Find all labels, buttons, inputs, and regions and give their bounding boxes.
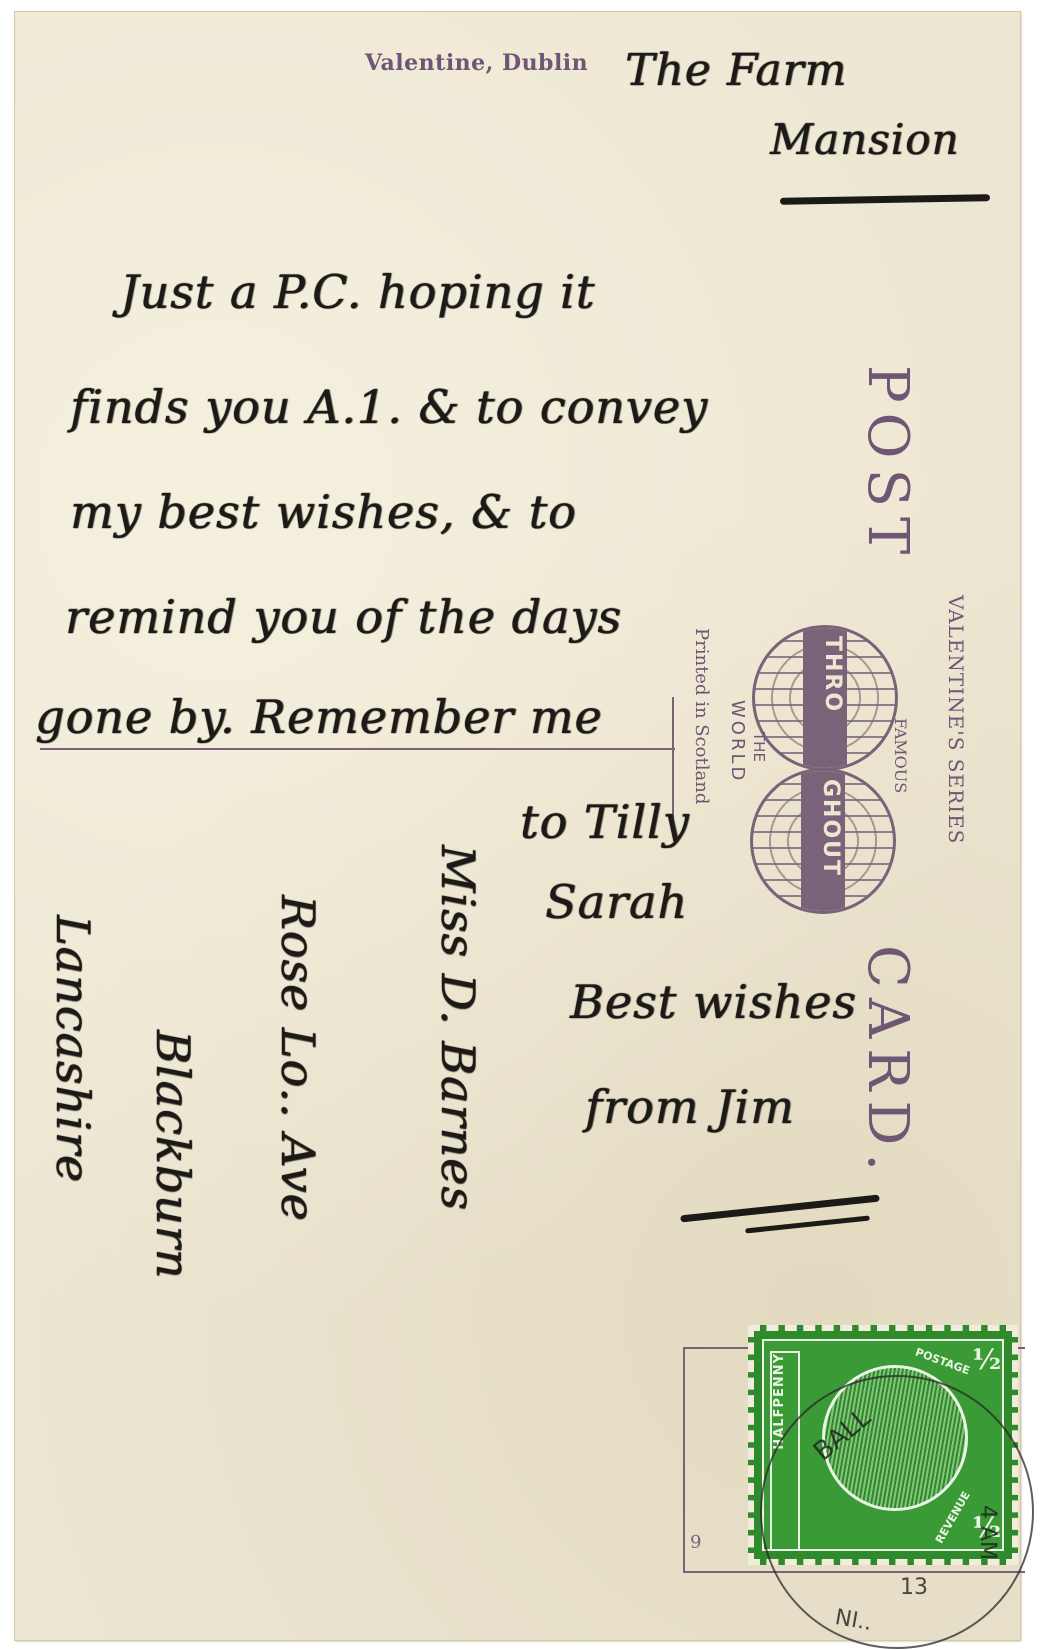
message-line-6: to Tilly	[520, 795, 690, 849]
title-card: CARD.	[855, 945, 920, 1181]
message-line-5: gone by. Remember me	[35, 690, 603, 744]
address-divider-horizontal	[40, 748, 675, 750]
handwritten-address-line-1: The Farm	[625, 45, 847, 96]
margin-address-line-3: Blackburn	[146, 1030, 200, 1279]
message-line-1: Just a P.C. hoping it	[120, 265, 595, 319]
throughout-text-1: THRO	[805, 636, 845, 713]
famous-label: FAMOUS	[891, 718, 910, 793]
series-label: VALENTINE'S SERIES	[944, 595, 968, 844]
stamp-value-top: ½	[972, 1343, 1001, 1376]
margin-address-line-4: Lancashire	[46, 915, 100, 1183]
globe-logo-bottom: GHOUT	[750, 768, 896, 914]
publisher-imprint: Valentine, Dublin	[365, 50, 588, 76]
throughout-text-2: GHOUT	[803, 779, 843, 877]
message-line-3: my best wishes, & to	[70, 485, 577, 539]
closing-line-3: from Jim	[585, 1080, 795, 1134]
closing-line-1: Sarah	[545, 875, 688, 929]
closing-line-2: Best wishes	[570, 975, 857, 1029]
handwritten-address-line-2: Mansion	[770, 115, 959, 164]
printed-in-label: Printed in Scotland	[691, 628, 712, 804]
globe-logo-top: THRO	[752, 625, 898, 771]
postmark-time: 4 AM	[975, 1505, 1000, 1560]
world-label: WORLD	[727, 700, 748, 783]
message-line-2: finds you A.1. & to convey	[70, 380, 708, 434]
margin-address-line-1: Miss D. Barnes	[431, 845, 485, 1211]
the-label: THE	[750, 732, 768, 762]
postmark-year: 13	[900, 1575, 928, 1600]
title-post: POST	[855, 365, 920, 564]
message-line-4: remind you of the days	[65, 590, 622, 644]
stamp-box-number: 6	[690, 1530, 701, 1551]
margin-address-line-2: Rose Lo.. Ave	[271, 895, 325, 1222]
